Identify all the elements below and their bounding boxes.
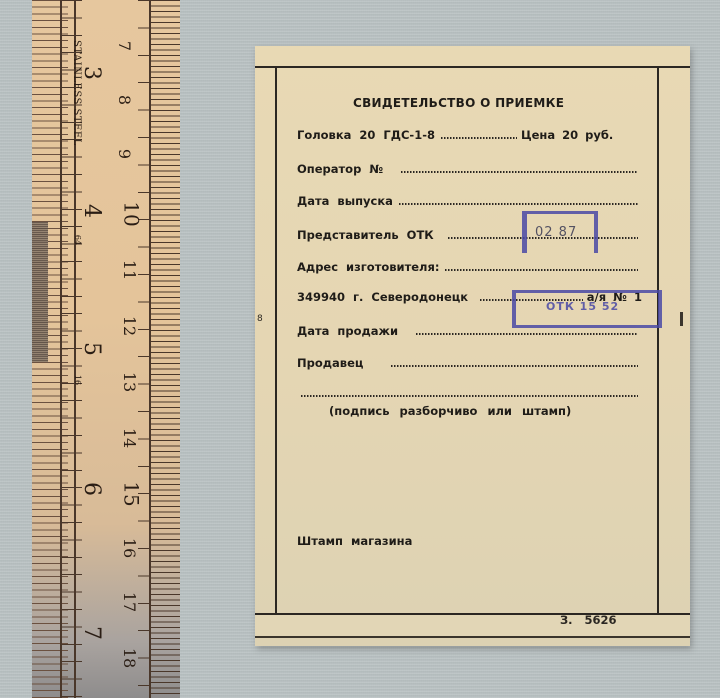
dotted-line bbox=[416, 333, 638, 335]
ruler-inch-label: 7 bbox=[80, 626, 102, 640]
dotted-line bbox=[301, 395, 638, 397]
ruler-cm-label: 15 bbox=[122, 481, 142, 506]
date-stamp-text: 02 87 bbox=[535, 225, 577, 240]
field-label: Представитель ОТК bbox=[297, 228, 434, 242]
ruler-inch-label: 3 bbox=[80, 66, 102, 80]
ruler-guide-line bbox=[60, 0, 62, 698]
ruler-cm-label: 14 bbox=[121, 428, 137, 448]
ruler-cm-label: 9 bbox=[116, 149, 132, 159]
otk-ink-stamp: ОТК 15 52 bbox=[512, 290, 662, 328]
dotted-line bbox=[445, 269, 638, 271]
field-label: Продавец bbox=[297, 356, 363, 370]
frame-line-top bbox=[255, 66, 690, 68]
field-row-product: Головка 20 ГДС-1-8 Цена 20 руб. bbox=[297, 126, 642, 142]
ruler-cm-label: 13 bbox=[121, 372, 137, 392]
field-label: Оператор № bbox=[297, 162, 383, 176]
ruler-inch-label: 4 bbox=[80, 204, 102, 218]
ruler-inch-label: 5 bbox=[80, 342, 102, 356]
signature-line bbox=[297, 384, 642, 400]
signature-caption: (подпись разборчиво или штамп) bbox=[329, 404, 571, 418]
frame-line-right bbox=[657, 67, 659, 614]
margin-mark: 8 bbox=[257, 314, 263, 324]
field-row-issue-date: Дата выпуска bbox=[297, 192, 642, 208]
certificate-title: СВИДЕТЕЛЬСТВО О ПРИЕМКЕ bbox=[353, 96, 564, 110]
ruler-inch-label: 6 bbox=[80, 482, 102, 496]
dotted-line bbox=[441, 137, 517, 139]
dotted-line bbox=[401, 171, 638, 173]
field-label: Адрес изготовителя: bbox=[297, 260, 439, 274]
field-label: Дата продажи bbox=[297, 324, 398, 338]
ruler-cm-label: 12 bbox=[121, 316, 137, 336]
ruler-cm-label: 7 bbox=[116, 41, 132, 51]
acceptance-certificate: 8 СВИДЕТЕЛЬСТВО О ПРИЕМКЕ Головка 20 ГДС… bbox=[255, 46, 690, 646]
ruler-cm-label: 16 bbox=[121, 538, 137, 558]
field-row-seller: Продавец bbox=[297, 354, 642, 370]
frame-line-left bbox=[275, 67, 277, 614]
shop-stamp-label: Штамп магазина bbox=[297, 534, 412, 548]
ruler-brand: STAINLESS STEEL bbox=[71, 40, 82, 146]
field-row-manufacturer-address: Адрес изготовителя: bbox=[297, 258, 642, 274]
ruler-fraction-label: 64 bbox=[73, 235, 81, 245]
date-ink-stamp: 02 87 bbox=[522, 211, 598, 253]
dotted-line bbox=[391, 365, 638, 367]
otk-stamp-text: ОТК 15 52 bbox=[546, 300, 619, 313]
ruler-cm-label: 17 bbox=[121, 592, 137, 612]
ruler-fraction-label: 16 bbox=[73, 375, 81, 385]
field-label: Дата выпуска bbox=[297, 194, 393, 208]
fold-line bbox=[255, 636, 690, 638]
ruler-cm-label: 10 bbox=[122, 201, 142, 226]
field-label: Головка 20 ГДС-1-8 bbox=[297, 128, 435, 142]
folded-edge bbox=[255, 615, 690, 636]
ruler-mm-ticks bbox=[150, 0, 180, 698]
ruler: STAINLESS STEEL 3 4 5 6 7 7 8 9 10 11 12… bbox=[32, 0, 180, 698]
dotted-line bbox=[399, 203, 638, 205]
field-label: 349940 г. Северодонецк bbox=[297, 290, 468, 304]
ruler-worn-ticks bbox=[32, 222, 48, 362]
price-label: Цена 20 руб. bbox=[521, 128, 613, 142]
ruler-cm-label: 8 bbox=[116, 95, 132, 105]
ruler-cm-label: 11 bbox=[121, 260, 137, 280]
margin-mark-bar bbox=[680, 312, 683, 326]
field-row-operator: Оператор № bbox=[297, 160, 642, 176]
ruler-cm-label: 18 bbox=[121, 648, 137, 668]
print-code: З. 5626 bbox=[560, 613, 617, 627]
